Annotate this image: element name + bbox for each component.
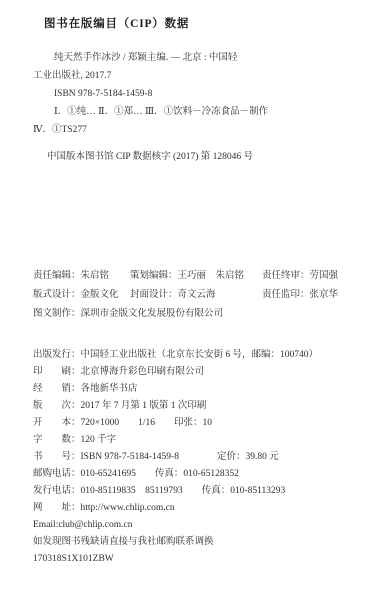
credit-label: 责任监印： (262, 290, 310, 300)
pub-line-distributor: 经 销：各地新华书店 (33, 381, 367, 398)
pub-line-mail-order-phone: 邮购电话：010-65241695 传真：010-65128352 (33, 466, 367, 483)
pub-line-website: 网 址：http://www.chlip.com.cn (33, 500, 367, 517)
credits-block: 责任编辑：朱启铭 策划编辑：王巧丽 朱启铭 责任终审：劳国强 版式设计：金版文化… (33, 267, 367, 324)
credit-value: 朱启铭 (81, 271, 110, 281)
pub-value: 720×1000 1/16 印张：10 (81, 418, 213, 428)
pub-label: 网 址： (33, 503, 81, 513)
cip-title-line: 纯天然手作冰沙 / 郑颖主编. — 北京 : 中国轻 (33, 49, 367, 67)
credit-value: 金版文化 (81, 290, 119, 300)
cip-copyright-page: 图书在版编目（CIP）数据 纯天然手作冰沙 / 郑颖主编. — 北京 : 中国轻… (0, 0, 375, 590)
pub-line-edition: 版 次：2017 年 7 月第 1 版第 1 次印刷 (33, 398, 367, 415)
credits-row-3: 图文制作：深圳市金版文化发展股份有限公司 (33, 305, 367, 324)
pub-label: 版 次： (33, 401, 81, 411)
credit-planning-editor: 策划编辑：王巧丽 朱启铭 (130, 267, 262, 286)
credit-value: 奇文云海 (178, 290, 216, 300)
pub-label: 经 销： (33, 384, 81, 394)
credit-value: 张京华 (310, 290, 339, 300)
credit-label: 封面设计： (130, 290, 178, 300)
pub-line-word-count: 字 数：120 千字 (33, 432, 367, 449)
pub-label: 邮购电话： (33, 469, 81, 479)
cip-isbn: ISBN 978-7-5184-1459-8 (33, 85, 367, 103)
credit-graphics-production: 图文制作：深圳市金版文化发展股份有限公司 (33, 305, 223, 324)
cip-classification-line2: Ⅳ．①TS277 (33, 121, 367, 139)
pub-value: 北京博海升彩色印刷有限公司 (81, 367, 205, 377)
page-title: 图书在版编目（CIP）数据 (44, 14, 367, 34)
pub-value: ISBN 978-7-5184-1459-8 定价：39.80 元 (81, 452, 279, 462)
credit-print-supervisor: 责任监印：张京华 (262, 286, 367, 305)
pub-line-publisher: 出版发行：中国轻工业出版社（北京东长安街 6 号，邮编：100740） (33, 347, 367, 364)
credits-row-2: 版式设计：金版文化 封面设计：奇文云海 责任监印：张京华 (33, 286, 367, 305)
credit-value: 王巧丽 朱启铭 (178, 271, 245, 281)
pub-line-printer: 印 刷：北京博海升彩色印刷有限公司 (33, 364, 367, 381)
cip-publisher-line: 工业出版社, 2017.7 (33, 67, 367, 85)
credit-cover-design: 封面设计：奇文云海 (130, 286, 262, 305)
credit-responsible-editor: 责任编辑：朱启铭 (33, 267, 130, 286)
pub-label: 书 号： (33, 452, 81, 462)
pub-value: 中国轻工业出版社（北京东长安街 6 号，邮编：100740） (81, 350, 319, 360)
pub-label: 开 本： (33, 418, 81, 428)
cip-description-block: 纯天然手作冰沙 / 郑颖主编. — 北京 : 中国轻 工业出版社, 2017.7… (33, 49, 367, 139)
pub-value: 010-85119835 85119793 传真：010-85113293 (81, 486, 286, 496)
pub-line-email: Email:club@chlip.com.cn (33, 517, 367, 534)
pub-line-distribution-phone: 发行电话：010-85119835 85119793 传真：010-851132… (33, 483, 367, 500)
credit-label: 图文制作： (33, 309, 81, 319)
publication-info-block: 出版发行：中国轻工业出版社（北京东长安街 6 号，邮编：100740） 印 刷：… (33, 347, 367, 568)
cip-record-number: 中国版本图书馆 CIP 数据核字 (2017) 第 128046 号 (33, 148, 367, 166)
credit-layout-design: 版式设计：金版文化 (33, 286, 130, 305)
credit-value: 劳国强 (310, 271, 339, 281)
credit-label: 策划编辑： (130, 271, 178, 281)
credit-label: 责任终审： (262, 271, 310, 281)
cip-classification-line1: Ⅰ．①纯… Ⅱ．①郑… Ⅲ．①饮料－冷冻食品－制作 (33, 103, 367, 121)
pub-value: 010-65241695 传真：010-65128352 (81, 469, 239, 479)
pub-label: 出版发行： (33, 350, 81, 360)
pub-label: 发行电话： (33, 486, 81, 496)
pub-label: 印 刷： (33, 367, 81, 377)
pub-line-exchange-notice: 如发现图书残缺请直接与我社邮购联系调换 (33, 534, 367, 551)
pub-value: 120 千字 (81, 435, 117, 445)
pub-value: 各地新华书店 (81, 384, 138, 394)
credits-row-1: 责任编辑：朱启铭 策划编辑：王巧丽 朱启铭 责任终审：劳国强 (33, 267, 367, 286)
pub-value: http://www.chlip.com.cn (81, 503, 175, 513)
pub-line-print-code: 170318S1X101ZBW (33, 551, 367, 568)
pub-line-format: 开 本：720×1000 1/16 印张：10 (33, 415, 367, 432)
credit-label: 版式设计： (33, 290, 81, 300)
credit-label: 责任编辑： (33, 271, 81, 281)
pub-line-isbn-price: 书 号：ISBN 978-7-5184-1459-8 定价：39.80 元 (33, 449, 367, 466)
credit-final-reviewer: 责任终审：劳国强 (262, 267, 367, 286)
credit-value: 深圳市金版文化发展股份有限公司 (81, 309, 224, 319)
pub-label: 字 数： (33, 435, 81, 445)
pub-value: 2017 年 7 月第 1 版第 1 次印刷 (81, 401, 207, 411)
